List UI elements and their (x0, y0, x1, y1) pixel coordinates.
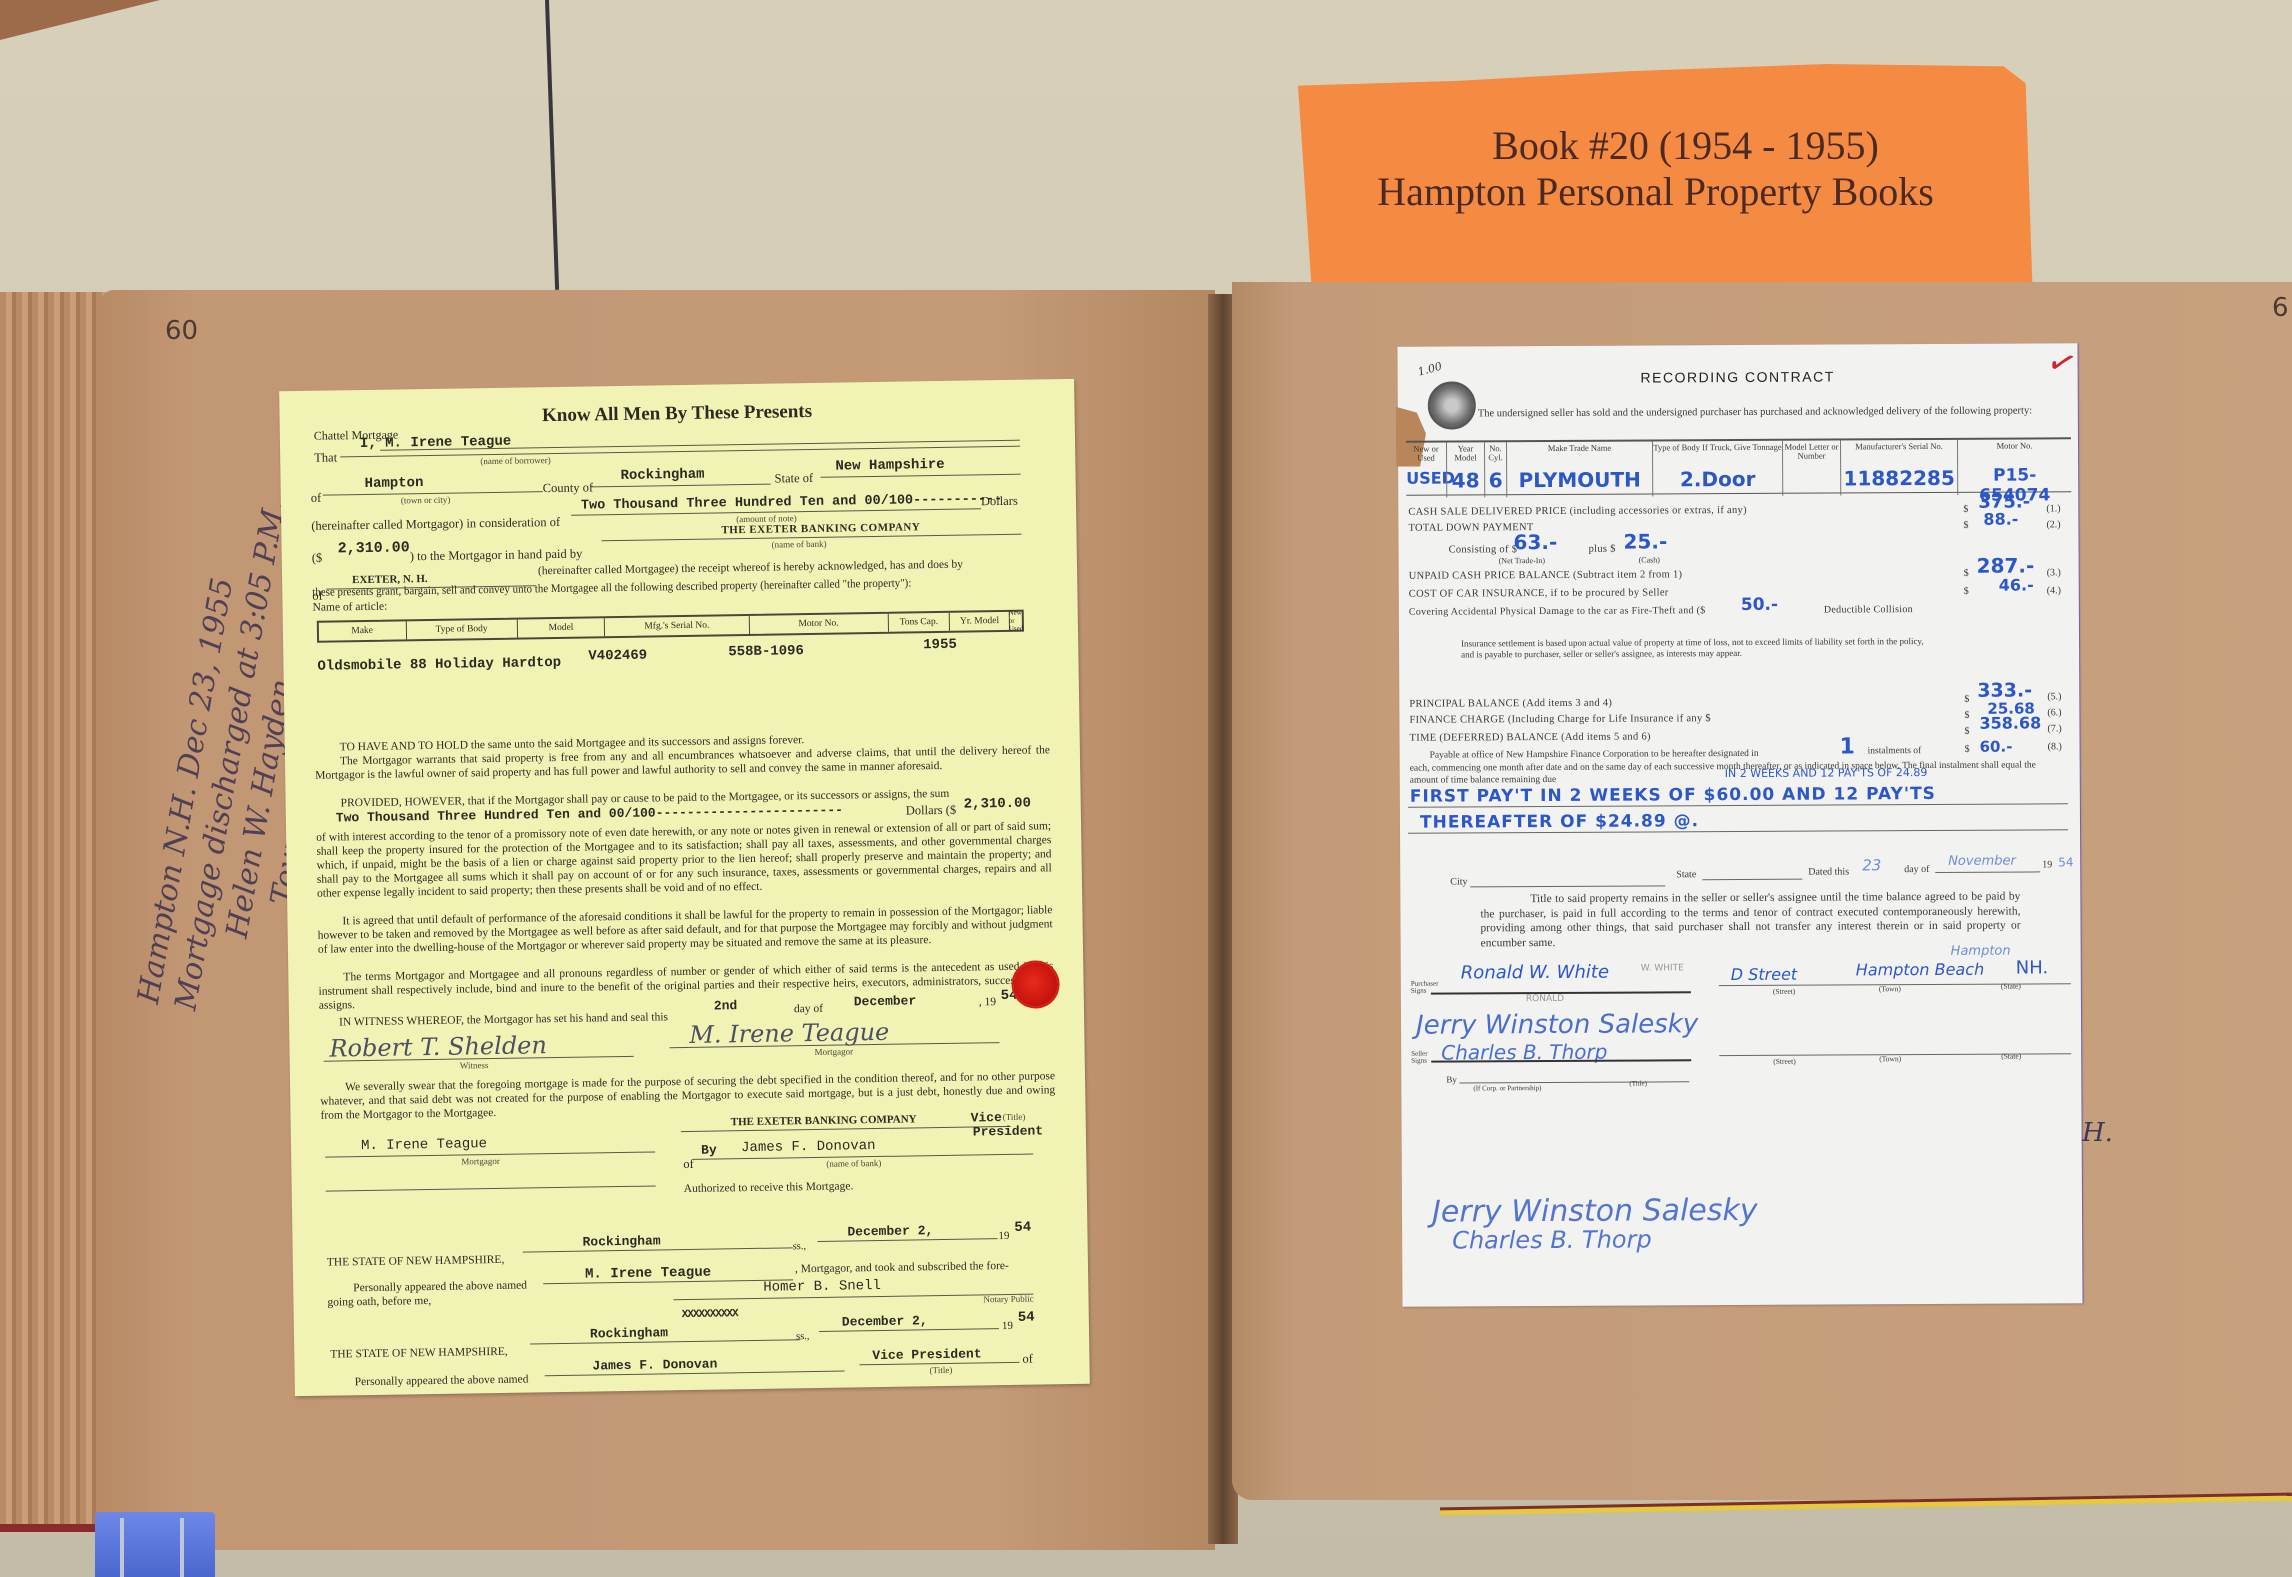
handwritten-terms-line1: FIRST PAY'T IN 2 WEEKS OF $60.00 AND 12 … (1410, 784, 1936, 807)
insurance-note: Insurance settlement is based upon actua… (1461, 636, 1931, 660)
instalment-amount: 60.- (1980, 738, 2013, 756)
emblem-icon (1428, 381, 1476, 429)
cash-value: 25.- (1623, 529, 1667, 553)
article-serial: V402469 (588, 648, 647, 665)
deductible-value: 50.- (1741, 595, 1778, 615)
ack2-date: December 2, (842, 1313, 928, 1329)
bottom-signature-1: Jerry Winston Salesky (1432, 1193, 1758, 1230)
binder-clip-icon (95, 1512, 215, 1577)
amount-number: 2,310.00 (338, 539, 410, 557)
place-note: Hampton (1951, 944, 2011, 959)
ack2-county: Rockingham (590, 1325, 668, 1341)
oath-clause: We severally swear that the foregoing mo… (320, 1069, 1056, 1123)
vehicle-table: New or Used USED Year Model 48 No. Cyl. … (1406, 437, 2071, 495)
down-payment: 88.- (1983, 510, 2018, 529)
chattel-mortgage-document[interactable]: Chattel Mortgage Know All Men By These P… (279, 379, 1090, 1396)
bottom-signature-2: Charles B. Thorp (1452, 1225, 1652, 1254)
purchaser-street: D Street (1731, 965, 1797, 984)
article-year: 1955 (923, 637, 957, 654)
execution-day: 2nd (714, 998, 738, 1013)
binder-clip-wire (180, 1518, 184, 1577)
vehicle-condition: USED (1406, 469, 1446, 488)
book-label: Book #20 (1954 - 1955) Hampton Personal … (1298, 64, 2033, 304)
vehicle-body: 2.Door (1653, 467, 1782, 492)
dated-month: November (1948, 854, 2016, 869)
town-value: Hampton (364, 475, 423, 492)
recording-contract-document[interactable]: 1.00 RECORDING CONTRACT ✓ The undersigne… (1397, 343, 2082, 1307)
left-page-number: 60 (165, 316, 198, 346)
unpaid-balance: 287.- (1977, 553, 2035, 577)
book-label-subtitle: Hampton Personal Property Books (1288, 168, 2023, 215)
instalments-count: 1 (1840, 734, 1855, 759)
seller-signature: Jerry Winston Salesky (1416, 1009, 1698, 1040)
condition-clause: of with interest according to the tenor … (316, 819, 1052, 901)
trade-in-value: 63.- (1513, 530, 1557, 554)
vehicle-year: 48 (1447, 468, 1484, 492)
handwritten-terms-line2: THEREAFTER OF $24.89 @. (1420, 811, 1699, 832)
terms-clause: The terms Mortgagor and Mortgagee and al… (318, 959, 1054, 1013)
margin-initial: H. (2082, 1118, 2113, 1148)
principal-balance: 333.- (1977, 679, 2032, 701)
binder-clip-wire (120, 1518, 124, 1577)
wood-corner (0, 0, 160, 40)
book-label-title: Book #20 (1954 - 1955) (1318, 122, 2053, 169)
provided-amount-number: 2,310.00 (964, 796, 1031, 813)
purchaser-state: NH. (2016, 957, 2049, 978)
vehicle-serial: 11882285 (1841, 466, 1957, 491)
ack1-date: December 2, (847, 1223, 933, 1239)
typed-mortgagor: M. Irene Teague (361, 1136, 487, 1154)
document-title: Know All Men By These Presents (279, 397, 1074, 431)
article-motor: 558B-1096 (728, 643, 804, 660)
county-value: Rockingham (620, 467, 704, 484)
time-balance: 358.68 (1979, 713, 2041, 732)
that-label: That (314, 450, 337, 465)
contract-intro: The undersigned seller has sold and the … (1478, 405, 2058, 420)
handwritten-terms-inline: IN 2 WEEKS AND 12 PAY'TS OF 24.89 (1725, 766, 1928, 780)
bank-officer: James F. Donovan (741, 1138, 876, 1156)
agreed-clause: It is agreed that until default of perfo… (317, 903, 1053, 957)
vehicle-cylinders: 6 (1485, 468, 1506, 492)
ack1-notary: Homer B. Snell (763, 1278, 881, 1296)
execution-month: December (854, 993, 917, 1009)
borrower-name: I, M. Irene Teague (360, 434, 511, 452)
dated-day: 23 (1862, 856, 1881, 874)
typed-bank: THE EXETER BANKING COMPANY (731, 1113, 917, 1128)
vehicle-make: PLYMOUTH (1507, 467, 1652, 492)
purchaser-town: Hampton Beach (1856, 960, 1985, 980)
purchaser-signature: Ronald W. White (1461, 962, 1609, 984)
contract-title: RECORDING CONTRACT (1398, 367, 2078, 387)
ack1-county: Rockingham (582, 1233, 660, 1249)
ack1-person: M. Irene Teague (585, 1265, 711, 1283)
bank-name: THE EXETER BANKING COMPANY (721, 521, 920, 536)
insurance-cost: 46.- (1999, 575, 2034, 594)
title-clause: Title to said property remains in the se… (1480, 890, 2020, 951)
property-table-header: Make Type of Body Model Mfg.'s Serial No… (317, 610, 1024, 643)
state-value: New Hampshire (835, 457, 944, 475)
article-make: Oldsmobile 88 Holiday Hardtop (317, 655, 561, 675)
right-page-number: 6 (2272, 293, 2289, 323)
